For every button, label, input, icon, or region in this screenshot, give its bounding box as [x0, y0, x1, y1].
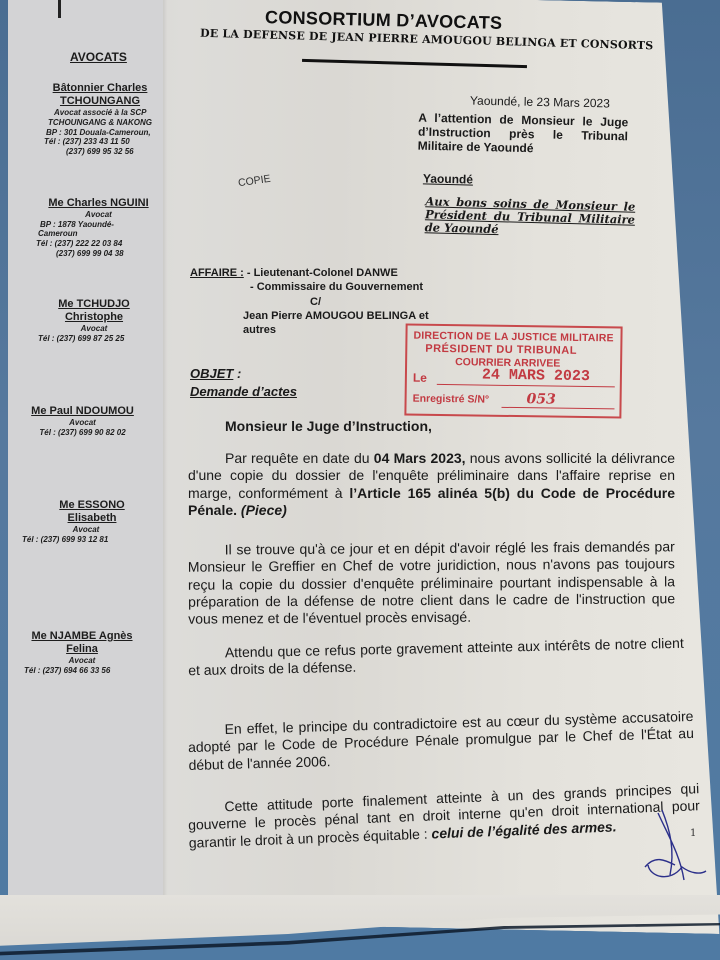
lawyer-name: Me TCHUDJO Christophe	[38, 298, 150, 324]
affaire-line: Jean Pierre AMOUGOU BELINGA et	[190, 309, 429, 323]
lawyer-entry: Bâtonnier Charles TCHOUNGANG Avocat asso…	[40, 82, 160, 156]
paragraph-2: Il se trouve qu'à ce jour et en dépit d'…	[188, 538, 676, 628]
lawyer-entry: Me NJAMBE Agnès Felina Avocat Tél : (237…	[12, 630, 152, 676]
lawyer-name: Me NJAMBE Agnès Felina	[12, 630, 152, 656]
lawyer-detail: TCHOUNGANG & NAKONG	[40, 118, 160, 128]
stamp-rule	[501, 407, 614, 410]
recipient-city: Yaoundé	[423, 171, 473, 186]
lawyer-entry: Me Paul NDOUMOU Avocat Tél : (237) 699 9…	[20, 405, 145, 437]
lawyer-role: Avocat	[12, 656, 152, 666]
lawyer-phone: (237) 699 99 04 38	[36, 249, 161, 259]
binding-mark	[58, 0, 61, 18]
lawyer-phone: Tél : (237) 233 43 11 50	[40, 137, 160, 147]
place-date: Yaoundé, le 23 Mars 2023	[470, 94, 610, 111]
paragraph-3: Attendu que ce refus porte gravement att…	[188, 635, 685, 680]
lawyer-name: Me Charles NGUINI	[36, 197, 161, 210]
lawyer-phone: (237) 699 95 32 56	[40, 147, 160, 157]
paragraph-5: Cette attitude porte finalement atteinte…	[187, 780, 701, 852]
lawyer-role: Avocat	[38, 324, 150, 334]
received-stamp: DIRECTION DE LA JUSTICE MILITAIRE PRÉSID…	[404, 323, 622, 418]
copy-mark: COPIE	[237, 173, 271, 189]
affaire-line: autres	[190, 323, 429, 337]
case-reference: AFFAIRE : - Lieutenant-Colonel DANWE - C…	[190, 266, 429, 337]
affaire-line: - Lieutenant-Colonel DANWE	[247, 267, 398, 279]
affaire-label: AFFAIRE :	[190, 267, 244, 279]
objet-value: Demande d’actes	[190, 384, 297, 399]
sidebar-title: AVOCATS	[70, 50, 127, 64]
salutation: Monsieur le Juge d’Instruction,	[225, 418, 432, 434]
lawyer-detail: Avocat associé à la SCP	[40, 108, 160, 118]
stamp-date-label: Le	[413, 371, 427, 385]
lawyer-role: Avocat	[36, 210, 161, 220]
lawyer-detail: Cameroun	[36, 229, 161, 239]
stamp-reg-number: 053	[526, 391, 555, 407]
stamp-line: PRÉSIDENT DU TRIBUNAL	[425, 343, 577, 357]
lawyer-name: Me Paul NDOUMOU	[20, 405, 145, 418]
lawyer-phone: Tél : (237) 699 90 82 02	[20, 428, 145, 438]
stamp-date: 24 MARS 2023	[482, 367, 590, 386]
letterhead-rule	[302, 59, 527, 68]
lawyer-phone: Tél : (237) 222 22 03 84	[36, 239, 161, 249]
subject: OBJET : Demande d’actes	[190, 365, 297, 400]
paragraph-4: En effet, le principe du contradictoire …	[187, 708, 694, 774]
signature-icon	[640, 805, 710, 885]
lawyer-detail: BP : 301 Douala-Cameroun,	[40, 128, 160, 138]
lawyer-phone: Tél : (237) 694 66 33 56	[12, 666, 152, 676]
care-of: Aux bons soins de Monsieur le Président …	[425, 195, 636, 240]
objet-label: OBJET	[190, 366, 233, 381]
recipient-attention: A l’attention de Monsieur le Juge d’Inst…	[418, 112, 629, 158]
affaire-line: - Commissaire du Gouvernement	[190, 280, 429, 294]
lawyer-name: Bâtonnier Charles TCHOUNGANG	[40, 82, 160, 108]
lawyer-role: Avocat	[22, 525, 150, 535]
stamp-reg-label: Enregistré S/N°	[413, 393, 490, 406]
lawyer-entry: Me ESSONO Elisabeth Avocat Tél : (237) 6…	[22, 499, 150, 545]
lawyer-entry: Me TCHUDJO Christophe Avocat Tél : (237)…	[38, 298, 150, 344]
lawyer-phone: Tél : (237) 699 93 12 81	[22, 535, 150, 545]
lawyer-entry: Me Charles NGUINI Avocat BP : 1878 Yaoun…	[36, 197, 161, 258]
affaire-line: C/	[190, 295, 429, 309]
lawyer-phone: Tél : (237) 699 87 25 25	[38, 334, 150, 344]
lawyer-name: Me ESSONO Elisabeth	[22, 499, 142, 525]
letter-page: AVOCATS Bâtonnier Charles TCHOUNGANG Avo…	[0, 0, 720, 960]
lawyer-detail: BP : 1878 Yaoundé-	[36, 220, 161, 230]
lawyer-role: Avocat	[20, 418, 145, 428]
paragraph-1: Par requête en date du 04 Mars 2023, nou…	[188, 450, 675, 519]
